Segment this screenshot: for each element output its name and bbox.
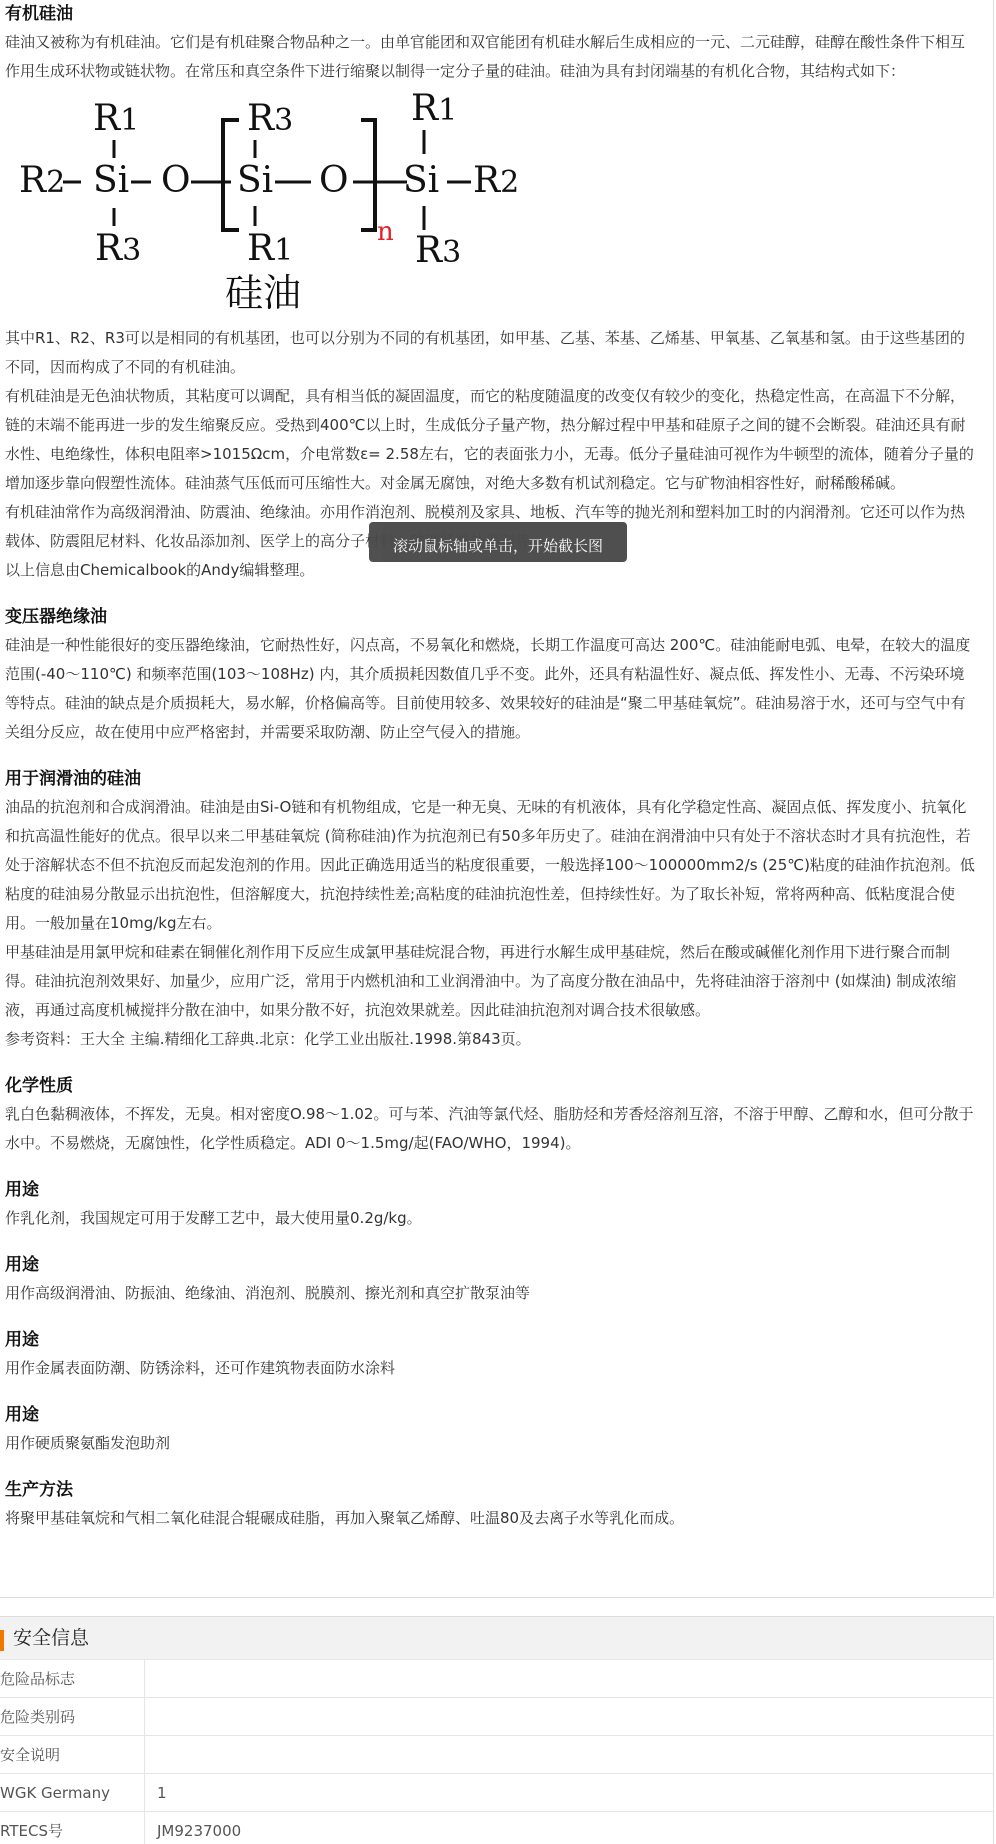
reference-text: 参考资料：王大全 主编.精细化工辞典.北京：化学工业出版社.1998.第843页… [5,1025,975,1054]
row-label: RTECS号 [0,1812,145,1844]
section-title: 生产方法 [5,1476,975,1504]
section-title: 有机硅油 [5,0,975,28]
paragraph: 用作高级润滑油、防振油、绝缘油、消泡剂、脱膜剂、擦光剂和真空扩散泵油等 [5,1279,975,1308]
section-transformer-oil: 变压器绝缘油 硅油是一种性能很好的变压器绝缘油，它耐热性好，闪点高，不易氧化和燃… [5,603,975,747]
article-panel: 有机硅油 硅油又被称为有机硅油。它们是有机硅聚合物品种之一。由单官能团和双官能团… [0,0,994,1598]
formula-caption: 硅油 [225,271,301,315]
section-title: 用途 [5,1401,975,1429]
svg-text:R1: R1 [93,98,139,139]
paragraph: 乳白色黏稠液体，不挥发，无臭。相对密度O.98～1.02。可与苯、汽油等氯代烃、… [5,1100,975,1158]
safety-table: 危险品标志 危险类别码 安全说明 WGK Germany 1 RTECS号 JM… [0,1660,993,1844]
section-uses-2: 用途 用作高级润滑油、防振油、绝缘油、消泡剂、脱膜剂、擦光剂和真空扩散泵油等 [5,1251,975,1308]
accent-bar [0,1630,4,1651]
table-row: 安全说明 [0,1736,993,1774]
row-label: 危险类别码 [0,1698,145,1736]
row-value [145,1698,994,1736]
row-value: 1 [145,1774,994,1812]
paragraph: 用作金属表面防潮、防锈涂料，还可作建筑物表面防水涂料 [5,1354,975,1383]
row-label: WGK Germany [0,1774,145,1812]
section-lubricant-silicone: 用于润滑油的硅油 油品的抗泡剂和合成润滑油。硅油是由Si-O链和有机物组成，它是… [5,765,975,1054]
table-row: 危险品标志 [0,1660,993,1698]
section-production-method: 生产方法 将聚甲基硅氧烷和气相二氧化硅混合辊碾成硅脂，再加入聚氧乙烯醇、吐温80… [5,1476,975,1533]
section-uses-4: 用途 用作硬质聚氨酯发泡助剂 [5,1401,975,1458]
subscript-n: n [377,217,394,247]
svg-text:R3: R3 [247,98,293,139]
section-title: 用途 [5,1326,975,1354]
row-value: JM9237000 [145,1812,994,1844]
svg-text:R2: R2 [473,160,519,201]
paragraph: 其中R1、R2、R3可以是相同的有机基团，也可以分别为不同的有机基团，如甲基、乙… [5,324,975,382]
svg-text:R1: R1 [247,228,293,269]
safety-title: 安全信息 [13,1623,89,1653]
section-title: 用于润滑油的硅油 [5,765,975,793]
svg-text:Si: Si [93,160,129,201]
paragraph: 有机硅油是无色油状物质，其粘度可以调配，具有相当低的凝固温度，而它的粘度随温度的… [5,382,975,498]
row-label: 危险品标志 [0,1660,145,1698]
row-value [145,1736,994,1774]
long-screenshot-tooltip[interactable]: 滚动鼠标轴或单击，开始截长图 [369,522,627,562]
safety-info-panel: 安全信息 危险品标志 危险类别码 安全说明 WGK Germany 1 RTEC… [0,1616,994,1844]
table-row: WGK Germany 1 [0,1774,993,1812]
svg-text:R1: R1 [411,90,457,129]
section-uses-1: 用途 作乳化剂，我国规定可用于发酵工艺中，最大使用量0.2g/kg。 [5,1176,975,1233]
svg-text:Si: Si [237,160,273,201]
svg-text:O: O [161,160,191,201]
svg-text:Si: Si [403,160,439,201]
paragraph: 将聚甲基硅氧烷和气相二氧化硅混合辊碾成硅脂，再加入聚氧乙烯醇、吐温80及去离子水… [5,1504,975,1533]
section-title: 用途 [5,1176,975,1204]
paragraph: 硅油是一种性能很好的变压器绝缘油，它耐热性好，闪点高，不易氧化和燃烧，长期工作温… [5,631,975,747]
section-title: 化学性质 [5,1072,975,1100]
section-chemical-properties: 化学性质 乳白色黏稠液体，不挥发，无臭。相对密度O.98～1.02。可与苯、汽油… [5,1072,975,1158]
section-title: 用途 [5,1251,975,1279]
row-label: 安全说明 [0,1736,145,1774]
svg-text:O: O [319,160,349,201]
section-uses-3: 用途 用作金属表面防潮、防锈涂料，还可作建筑物表面防水涂料 [5,1326,975,1383]
table-row: 危险类别码 [0,1698,993,1736]
paragraph: 硅油又被称为有机硅油。它们是有机硅聚合物品种之一。由单官能团和双官能团有机硅水解… [5,28,975,86]
svg-text:R3: R3 [415,230,461,271]
paragraph: 油品的抗泡剂和合成润滑油。硅油是由Si-O链和有机物组成，它是一种无臭、无味的有… [5,793,975,938]
paragraph: 甲基硅油是用氯甲烷和硅素在铜催化剂作用下反应生成氯甲基硅烷混合物，再进行水解生成… [5,938,975,1025]
safety-header: 安全信息 [0,1617,993,1660]
structural-formula-image: R1 R2 Si O R3 R3 Si [11,90,541,318]
paragraph: 用作硬质聚氨酯发泡助剂 [5,1429,975,1458]
paragraph: 作乳化剂，我国规定可用于发酵工艺中，最大使用量0.2g/kg。 [5,1204,975,1233]
table-row: RTECS号 JM9237000 [0,1812,993,1844]
row-value [145,1660,994,1698]
section-title: 变压器绝缘油 [5,603,975,631]
svg-text:R3: R3 [95,228,141,269]
svg-text:R2: R2 [19,160,65,201]
section-silicone-oil: 有机硅油 硅油又被称为有机硅油。它们是有机硅聚合物品种之一。由单官能团和双官能团… [5,0,975,585]
